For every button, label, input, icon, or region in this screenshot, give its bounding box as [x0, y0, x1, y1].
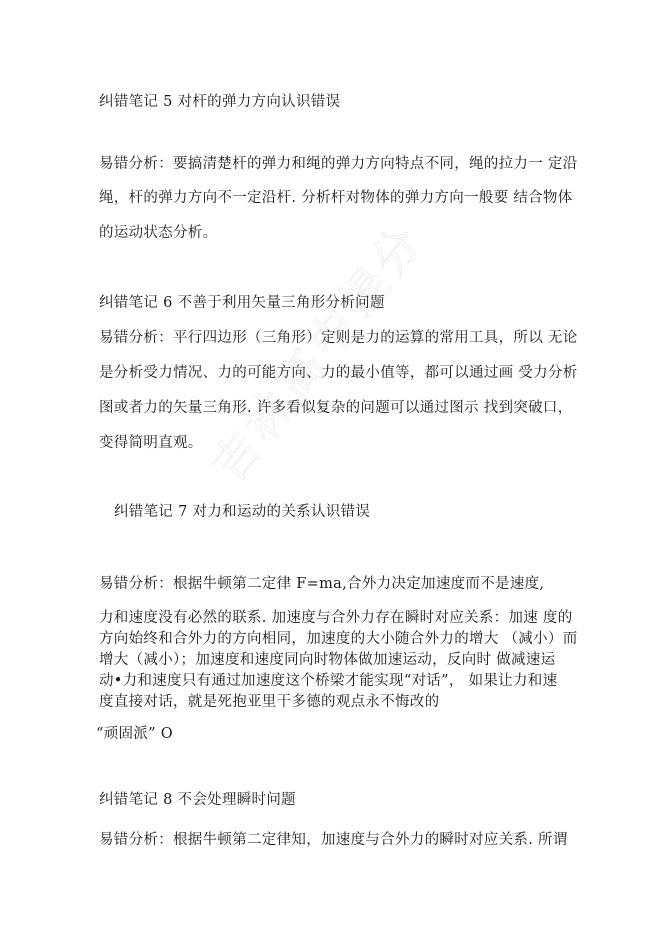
section-6-text-line-2: 是分析受力情况、力的可能方向、力的最小值等，都可以通过画 受力分析 [99, 361, 578, 382]
section-7-dense-line-5: 度直接对话，就是死抱亚里干多德的观点永不悔改的 [99, 690, 439, 711]
section-8-title: 纠错笔记 8 不会处理瞬时问题 [99, 788, 296, 809]
section-7-dense-line-2: 方向始终和合外力的方向相同，加速度的大小随合外力的增大 （减小）而 [99, 627, 578, 648]
section-5-text-line-3: 的运动状态分析。 [99, 221, 217, 242]
section-8-text-line-1: 易错分析：根据牛顿第二定律知，加速度与合外力的瞬时对应关系. 所谓 [99, 828, 568, 849]
section-5-title: 纠错笔记 5 对杆的弹力方向认识错误 [99, 90, 340, 111]
watermark: 吉林高中提分 [194, 207, 438, 493]
section-7-dense-line-3: 增大（减小）；加速度和速度同向时物体做加速运动，反向时 做减速运 [99, 648, 555, 669]
section-7-title: 纠错笔记 7 对力和运动的关系认识错误 [114, 500, 370, 521]
section-5-text-line-2: 绳，杆的弹力方向不一定沿杆. 分析杆对物体的弹力方向一般要 结合物体 [99, 186, 573, 207]
section-7-dense-line-4: 动•力和速度只有通过加速度这个桥梁才能实现“对话”， 如果让力和速 [99, 669, 557, 690]
section-6-title: 纠错笔记 6 不善于利用矢量三角形分析问题 [99, 291, 385, 312]
section-7-tail: “顽固派” O [96, 722, 173, 743]
section-6-text-line-4: 变得简明直观。 [99, 431, 203, 452]
section-5-text-line-1: 易错分析：要搞清楚杆的弹力和绳的弹力方向特点不同，绳的拉力一 定沿 [99, 152, 578, 173]
section-7-dense-line-1: 力和速度没有必然的联系. 加速度与合外力存在瞬时对应关系：加速 度的 [99, 606, 573, 627]
section-6-text-line-3: 图或者力的矢量三角形. 许多看似复杂的问题可以通过图示 找到突破口， [99, 396, 573, 417]
section-6-text-line-1: 易错分析：平行四边形（三角形）定则是力的运算的常用工具，所以 无论 [99, 326, 578, 347]
section-7-text-line-1: 易错分析：根据牛顿第二定律 F=ma,合外力决定加速度而不是速度, [99, 572, 544, 593]
